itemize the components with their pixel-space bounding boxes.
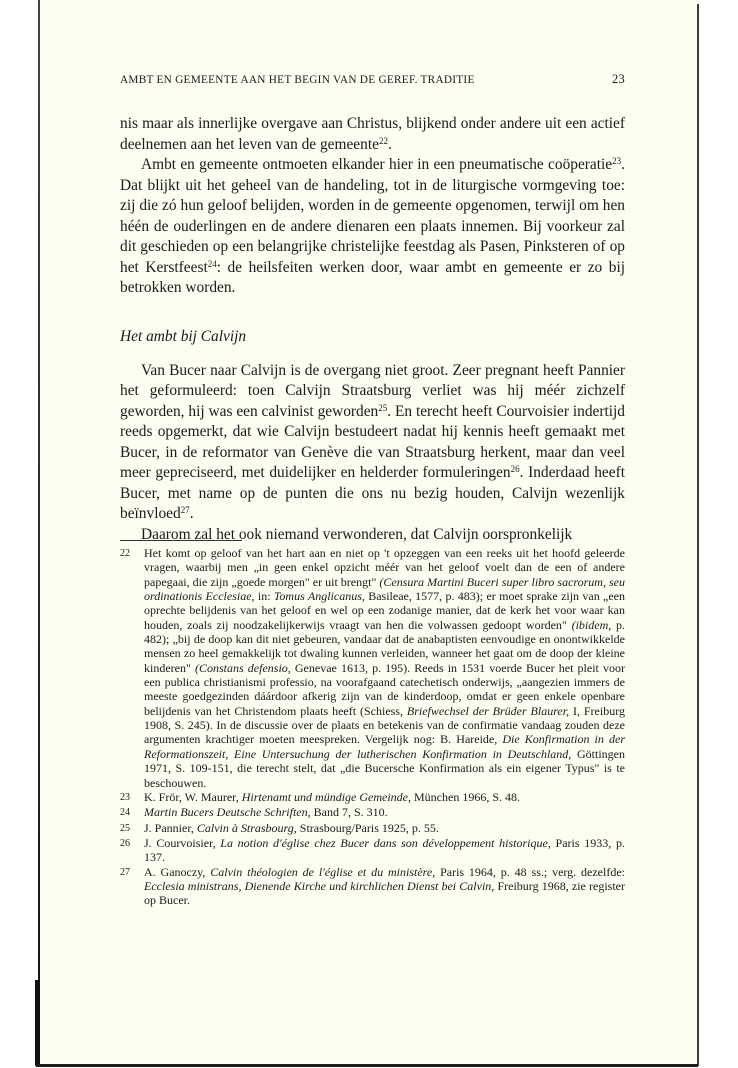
text-run: in:: [255, 589, 274, 603]
text-run: Ambt en gemeente ontmoeten elkander hier…: [141, 156, 612, 173]
italic-citation: Calvin à Strasbourg,: [197, 821, 297, 835]
footnote-reference: 27: [181, 505, 190, 515]
running-header: AMBT EN GEMEENTE AAN HET BEGIN VAN DE GE…: [120, 72, 625, 94]
footnote-number: 26: [120, 836, 144, 865]
footnote-text: A. Ganoczy, Calvin théologien de l'églis…: [144, 865, 625, 908]
footnotes: 22Het komt op geloof van het hart aan en…: [120, 546, 625, 908]
footnote-reference: 25: [378, 403, 387, 413]
italic-citation: La notion d'église chez Bucer dans son d…: [220, 836, 551, 850]
footnote-number: 25: [120, 821, 144, 836]
italic-citation: Briefwechsel der Brüder Blaurer,: [407, 704, 569, 718]
italic-citation: Calvin théologien de l'église et du mini…: [210, 865, 435, 879]
footnote-number: 22: [120, 546, 144, 790]
text-run: München 1966, S. 48.: [411, 790, 520, 804]
footnote-number: 24: [120, 805, 144, 820]
main-text-block: AMBT EN GEMEENTE AAN HET BEGIN VAN DE GE…: [120, 72, 625, 545]
text-run: J. Pannier,: [144, 821, 197, 835]
footnote-number: 23: [120, 790, 144, 805]
page-number: 23: [612, 72, 625, 87]
text-run: Paris 1964, p. 48 ss.; verg. dezelfde:: [435, 865, 625, 879]
italic-citation: Tomus Anglicanus,: [274, 589, 365, 603]
italic-citation: Martin Bucers Deutsche Schriften,: [144, 805, 311, 819]
running-header-title: AMBT EN GEMEENTE AAN HET BEGIN VAN DE GE…: [120, 74, 475, 86]
paragraph: Van Bucer naar Calvijn is de overgang ni…: [120, 361, 625, 525]
text-run: J. Courvoisier,: [144, 836, 220, 850]
footnote-text: Martin Bucers Deutsche Schriften, Band 7…: [144, 805, 625, 820]
footnote-26: 26J. Courvoisier, La notion d'église che…: [120, 836, 625, 865]
footnote-number: 27: [120, 865, 144, 908]
paragraph: Daarom zal het ook niemand verwonderen, …: [120, 525, 625, 546]
scan-edge-left-shadow: [35, 980, 40, 1066]
italic-citation: (Constans defensio,: [195, 661, 291, 675]
footnote-text: J. Pannier, Calvin à Strasbourg, Strasbo…: [144, 821, 625, 836]
footnote-reference: 24: [208, 259, 217, 269]
paragraphs-before-heading: nis maar als innerlijke overgave aan Chr…: [120, 114, 625, 299]
body-text: nis maar als innerlijke overgave aan Chr…: [120, 114, 625, 545]
footnote-23: 23K. Frör, W. Maurer, Hirtenamt und münd…: [120, 790, 625, 805]
text-run: .: [388, 136, 392, 153]
scan-edge-left: [38, 0, 40, 1066]
scan-edge-bottom: [36, 1064, 698, 1067]
footnote-separator: [120, 540, 242, 541]
footnote-reference: 23: [612, 156, 621, 166]
text-run: nis maar als innerlijke overgave aan Chr…: [120, 115, 625, 153]
footnote-reference: 26: [511, 464, 520, 474]
text-run: A. Ganoczy,: [144, 865, 210, 879]
paragraph: Ambt en gemeente ontmoeten elkander hier…: [120, 155, 625, 299]
italic-citation: (ibidem,: [572, 618, 612, 632]
footnote-text: J. Courvoisier, La notion d'église chez …: [144, 836, 625, 865]
footnote-reference: 22: [379, 136, 388, 146]
footnote-22: 22Het komt op geloof van het hart aan en…: [120, 546, 625, 790]
italic-citation: Ecclesia ministrans, Dienende Kirche und…: [144, 879, 494, 893]
text-run: Strasbourg/Paris 1925, p. 55.: [297, 821, 439, 835]
footnote-text: K. Frör, W. Maurer, Hirtenamt und mündig…: [144, 790, 625, 805]
paragraphs-after-heading: Van Bucer naar Calvijn is de overgang ni…: [120, 361, 625, 546]
italic-citation: Hirtenamt und mündige Gemeinde,: [242, 790, 411, 804]
footnote-25: 25J. Pannier, Calvin à Strasbourg, Stras…: [120, 821, 625, 836]
paragraph: nis maar als innerlijke overgave aan Chr…: [120, 114, 625, 155]
scan-edge-right: [697, 4, 699, 1066]
text-run: Band 7, S. 310.: [311, 805, 388, 819]
text-run: K. Frör, W. Maurer,: [144, 790, 242, 804]
footnote-text: Het komt op geloof van het hart aan en n…: [144, 546, 625, 790]
footnote-24: 24Martin Bucers Deutsche Schriften, Band…: [120, 805, 625, 820]
text-run: .: [190, 505, 194, 522]
footnote-27: 27A. Ganoczy, Calvin théologien de l'égl…: [120, 865, 625, 908]
section-heading: Het ambt bij Calvijn: [120, 327, 625, 347]
